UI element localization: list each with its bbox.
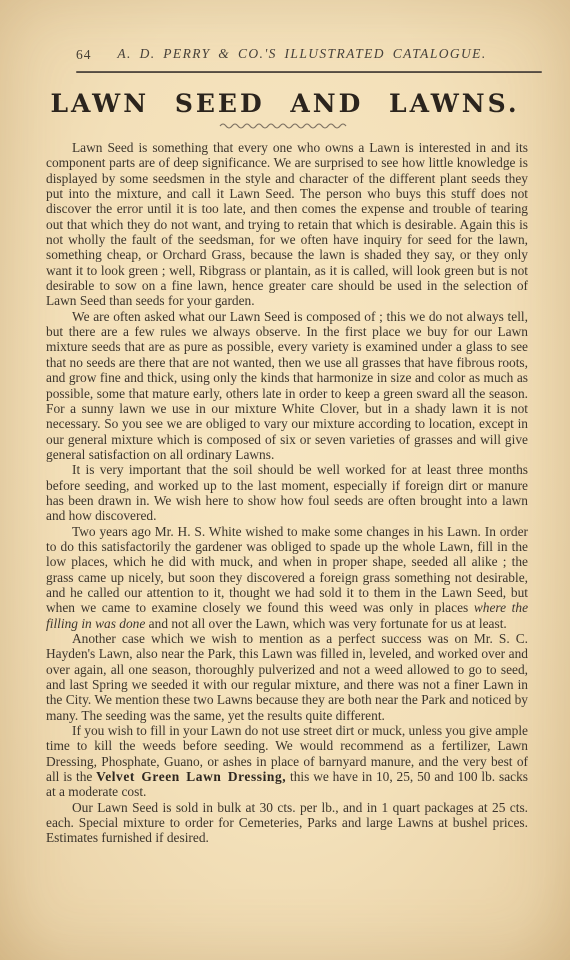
paragraph: Lawn Seed is something that every one wh… xyxy=(46,140,528,309)
page-header: 64 A. D. PERRY & CO.'S ILLUSTRATED CATAL… xyxy=(0,46,570,64)
text-run: Our Lawn Seed is sold in bulk at 30 cts.… xyxy=(46,800,528,846)
catalogue-page: 64 A. D. PERRY & CO.'S ILLUSTRATED CATAL… xyxy=(0,0,570,960)
bold-text-run: Velvet Green Lawn Dressing, xyxy=(96,769,286,784)
paragraph: It is very important that the soil shoul… xyxy=(46,462,528,523)
paragraph: If you wish to fill in your Lawn do not … xyxy=(46,723,528,800)
wavy-underline-ornament xyxy=(0,121,570,130)
text-run: Another case which we wish to mention as… xyxy=(46,631,528,723)
paragraph: Another case which we wish to mention as… xyxy=(46,631,528,723)
header-rule xyxy=(76,71,542,73)
text-run: We are often asked what our Lawn Seed is… xyxy=(46,309,528,462)
text-run: It is very important that the soil shoul… xyxy=(46,462,528,523)
paragraph: We are often asked what our Lawn Seed is… xyxy=(46,309,528,462)
text-run: Lawn Seed is something that every one wh… xyxy=(46,140,528,308)
paragraph: Our Lawn Seed is sold in bulk at 30 cts.… xyxy=(46,800,528,846)
text-run: and not all over the Lawn, which was ver… xyxy=(145,616,506,631)
body-text: Lawn Seed is something that every one wh… xyxy=(46,140,528,846)
text-run: Two years ago Mr. H. S. White wished to … xyxy=(46,524,528,616)
wavy-underline-icon xyxy=(219,121,351,130)
page-title: LAWN SEED AND LAWNS. xyxy=(0,89,570,118)
page-number: 64 xyxy=(76,47,92,63)
running-head: A. D. PERRY & CO.'S ILLUSTRATED CATALOGU… xyxy=(34,46,570,62)
paragraph: Two years ago Mr. H. S. White wished to … xyxy=(46,524,528,631)
